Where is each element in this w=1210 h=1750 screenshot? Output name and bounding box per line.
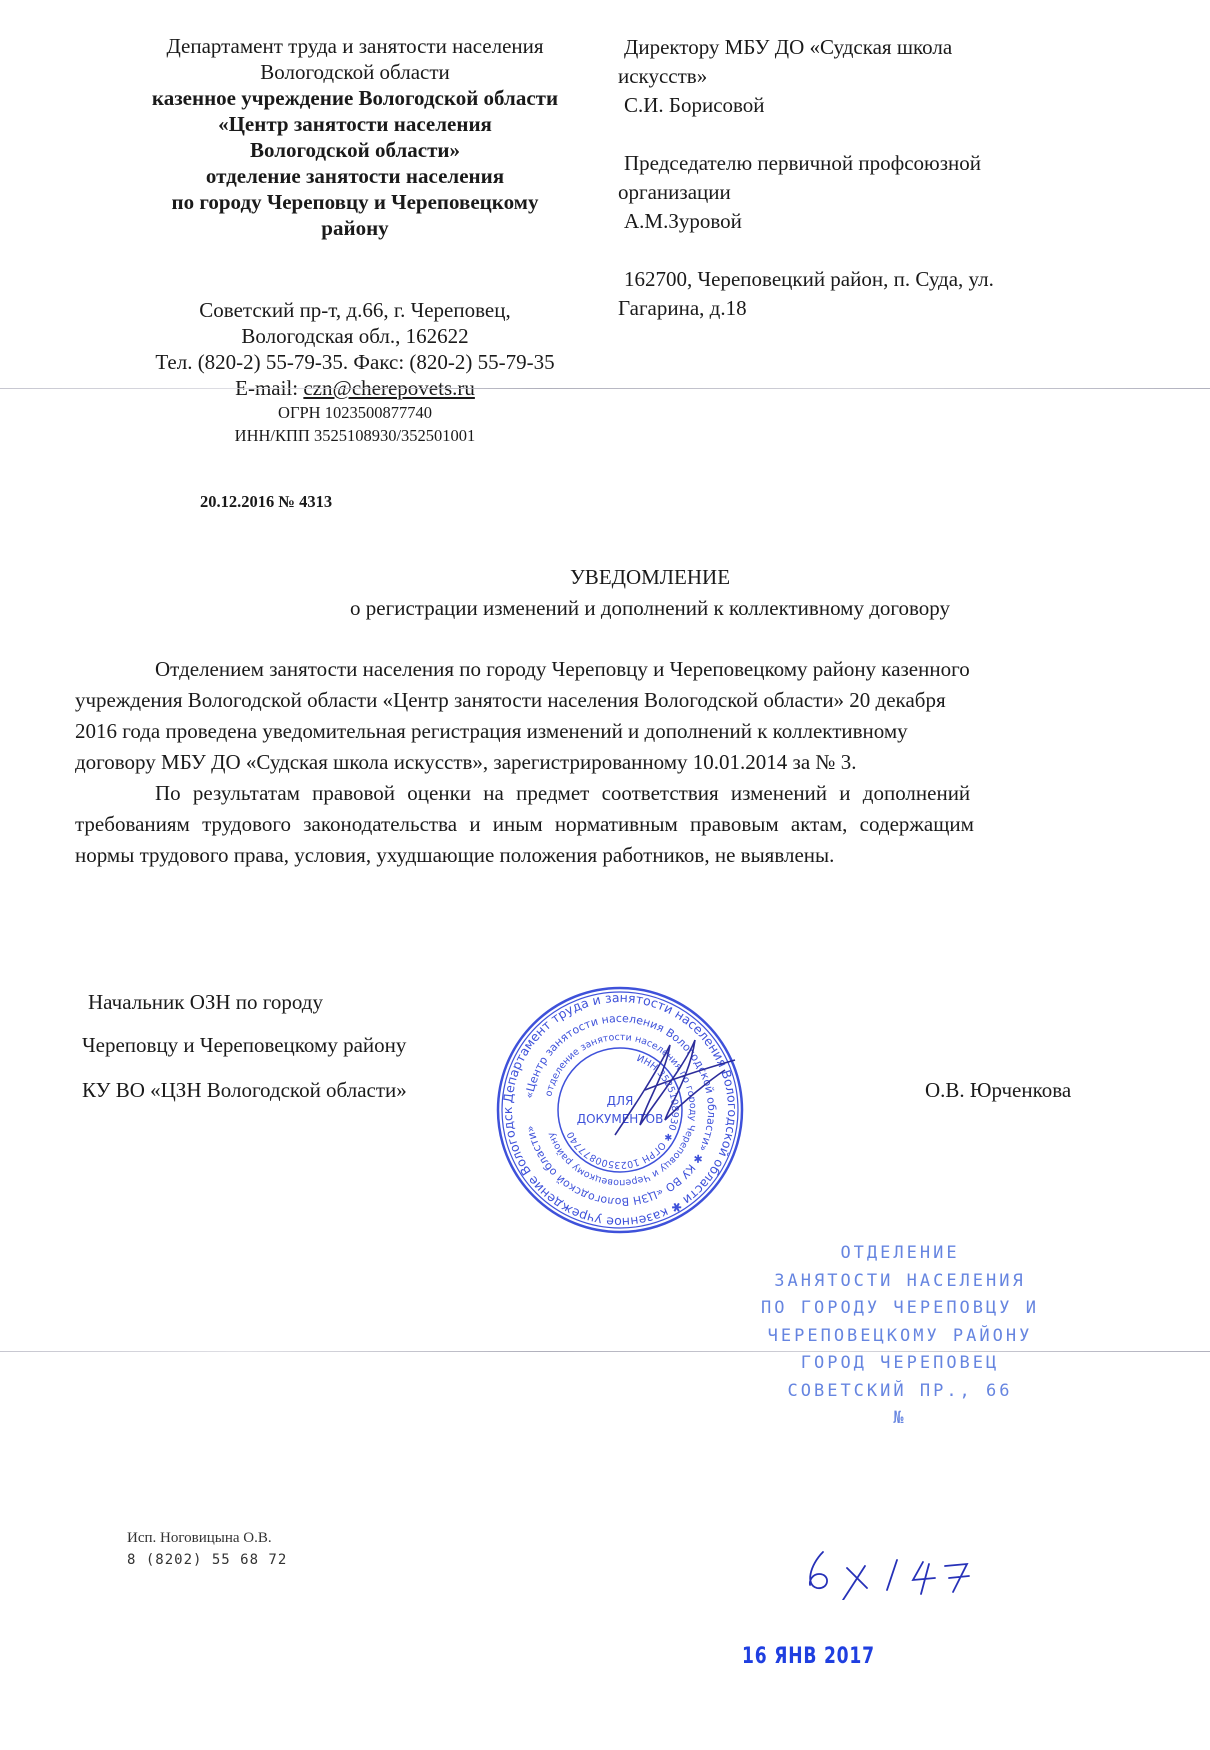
address-line-2: Вологодская обл., 162622 xyxy=(95,323,615,349)
recipient-line-1: Директору МБУ ДО «Судская школа xyxy=(618,33,994,62)
p1-line-2: учреждения Вологодской области «Центр за… xyxy=(75,685,1150,716)
document-title: УВЕДОМЛЕНИЕ xyxy=(0,565,1210,590)
p1-line-1: Отделением занятости населения по городу… xyxy=(155,657,970,681)
p2-line-3: нормы трудового права, условия, ухудшающ… xyxy=(75,840,1150,871)
body-paragraph-1: Отделением занятости населения по городу… xyxy=(75,654,1150,778)
recipient-line-7: 162700, Череповецкий район, п. Суда, ул. xyxy=(618,265,994,294)
signer-position-line-1: Начальник ОЗН по городу xyxy=(88,990,323,1015)
institution-line-1: казенное учреждение Вологодской области xyxy=(95,85,615,111)
rect-stamp-line-5: ГОРОД ЧЕРЕПОВЕЦ xyxy=(740,1350,1060,1378)
signer-name: О.В. Юрченкова xyxy=(925,1078,1071,1103)
recipient-line-5: организации xyxy=(618,178,994,207)
signer-position-line-3: КУ ВО «ЦЗН Вологодской области» xyxy=(82,1078,407,1103)
phone-fax-line: Тел. (820-2) 55-79-35. Факс: (820-2) 55-… xyxy=(95,349,615,375)
sender-contacts: Советский пр-т, д.66, г. Череповец, Воло… xyxy=(95,297,615,447)
rect-stamp-line-4: ЧЕРЕПОВЕЦКОМУ РАЙОНУ xyxy=(740,1323,1060,1351)
institution-line-6: району xyxy=(95,215,615,241)
recipient-block: Директору МБУ ДО «Судская школа искусств… xyxy=(618,33,994,323)
department-line-1: Департамент труда и занятости населения xyxy=(95,33,615,59)
recipient-line-2: искусств» xyxy=(618,62,994,91)
p1-line-3: 2016 года проведена уведомительная регис… xyxy=(75,716,1150,747)
registration-stamp: ОТДЕЛЕНИЕ ЗАНЯТОСТИ НАСЕЛЕНИЯ ПО ГОРОДУ … xyxy=(740,1240,1060,1433)
seal-center-line-2: ДОКУМЕНТОВ xyxy=(577,1112,664,1126)
executor-phone: 8 (8202) 55 68 72 xyxy=(127,1552,287,1568)
rect-stamp-line-7: № xyxy=(740,1405,1060,1433)
rect-stamp-line-1: ОТДЕЛЕНИЕ xyxy=(740,1240,1060,1268)
received-date-stamp: 16 ЯНВ 2017 xyxy=(742,1644,875,1669)
outgoing-number: 20.12.2016 № 4313 xyxy=(200,492,332,512)
round-seal-icon: Департамент труда и занятости населения … xyxy=(495,985,745,1235)
institution-line-3: Вологодской области» xyxy=(95,137,615,163)
ogrn: ОГРН 1023500877740 xyxy=(95,401,615,424)
institution-line-2: «Центр занятости населения xyxy=(95,111,615,137)
body-paragraph-2: По результатам правовой оценки на предме… xyxy=(75,778,1150,871)
sender-header: Департамент труда и занятости населения … xyxy=(95,33,615,241)
document-subtitle: о регистрации изменений и дополнений к к… xyxy=(0,596,1210,621)
executor-name: Исп. Ноговицына О.В. xyxy=(127,1530,272,1547)
recipient-line-6: А.М.Зуровой xyxy=(618,207,994,236)
inn-kpp: ИНН/КПП 3525108930/352501001 xyxy=(95,424,615,447)
p2-line-1: По результатам правовой оценки на предме… xyxy=(155,781,970,805)
address-line-1: Советский пр-т, д.66, г. Череповец, xyxy=(95,297,615,323)
signer-position-line-2: Череповцу и Череповецкому району xyxy=(82,1033,406,1058)
p2-line-2: требованиям трудового законодательства и… xyxy=(75,809,1150,840)
rect-stamp-line-2: ЗАНЯТОСТИ НАСЕЛЕНИЯ xyxy=(740,1268,1060,1296)
institution-line-5: по городу Череповцу и Череповецкому xyxy=(95,189,615,215)
recipient-line-8: Гагарина, д.18 xyxy=(618,294,994,323)
recipient-line-3: С.И. Борисовой xyxy=(618,91,994,120)
seal-center-line-1: ДЛЯ xyxy=(607,1094,634,1108)
handwritten-note-icon: 6х 147 xyxy=(795,1530,995,1600)
institution-line-4: отделение занятости населения xyxy=(95,163,615,189)
department-line-2: Вологодской области xyxy=(95,59,615,85)
rect-stamp-line-6: СОВЕТСКИЙ ПР., 66 xyxy=(740,1378,1060,1406)
rect-stamp-line-3: ПО ГОРОДУ ЧЕРЕПОВЦУ И xyxy=(740,1295,1060,1323)
p1-line-4: договору МБУ ДО «Судская школа искусств»… xyxy=(75,747,1150,778)
recipient-line-4: Председателю первичной профсоюзной xyxy=(618,149,994,178)
fold-line-top xyxy=(0,388,1210,389)
